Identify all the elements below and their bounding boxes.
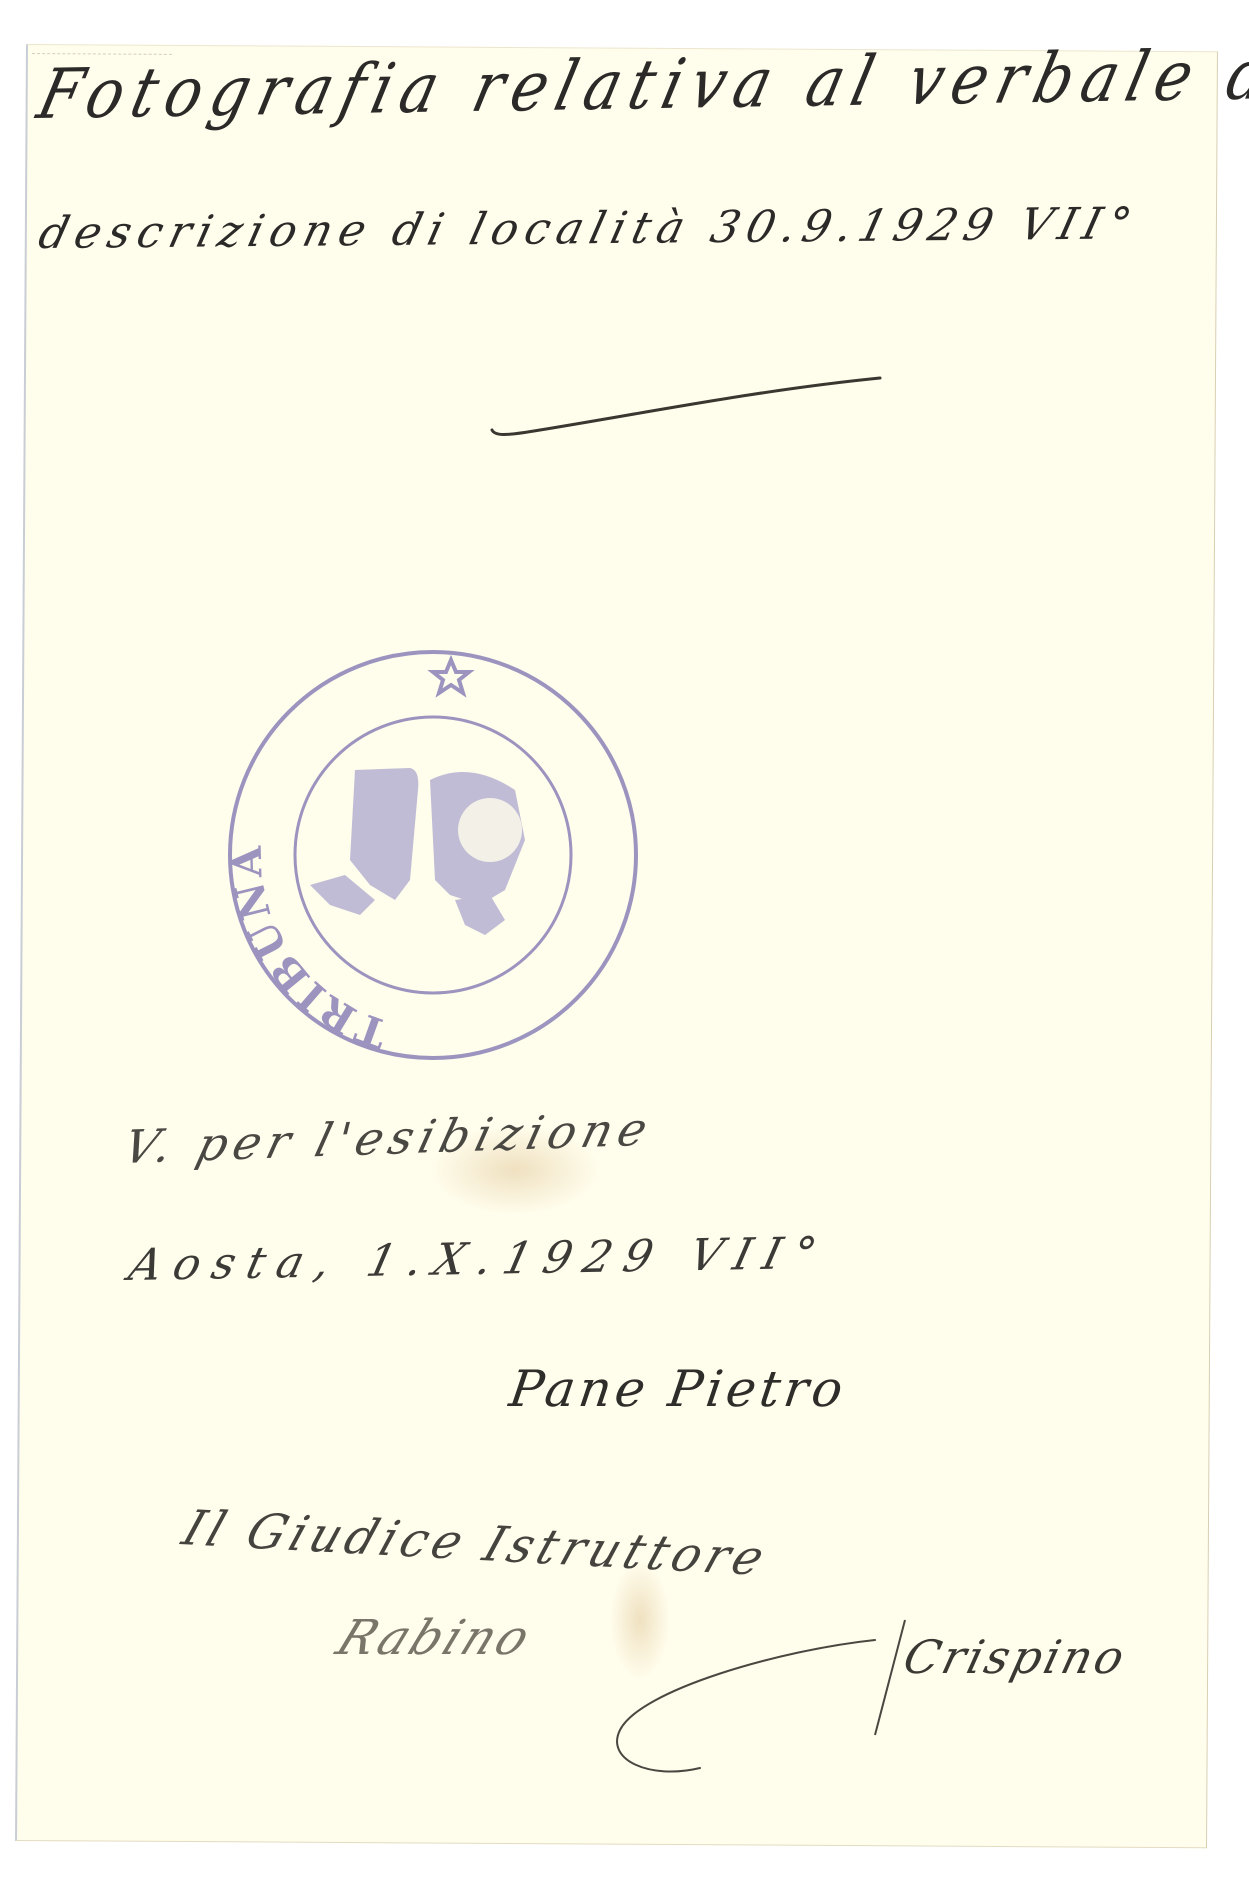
witness-signature: Pane Pietro bbox=[506, 1360, 850, 1418]
judge-signature-part-2: Crispino bbox=[898, 1630, 1132, 1684]
judge-signature-part-1: Rabino bbox=[329, 1610, 541, 1666]
header-line-2: descrizione di località 30.9.1929 VII° bbox=[34, 198, 1143, 259]
